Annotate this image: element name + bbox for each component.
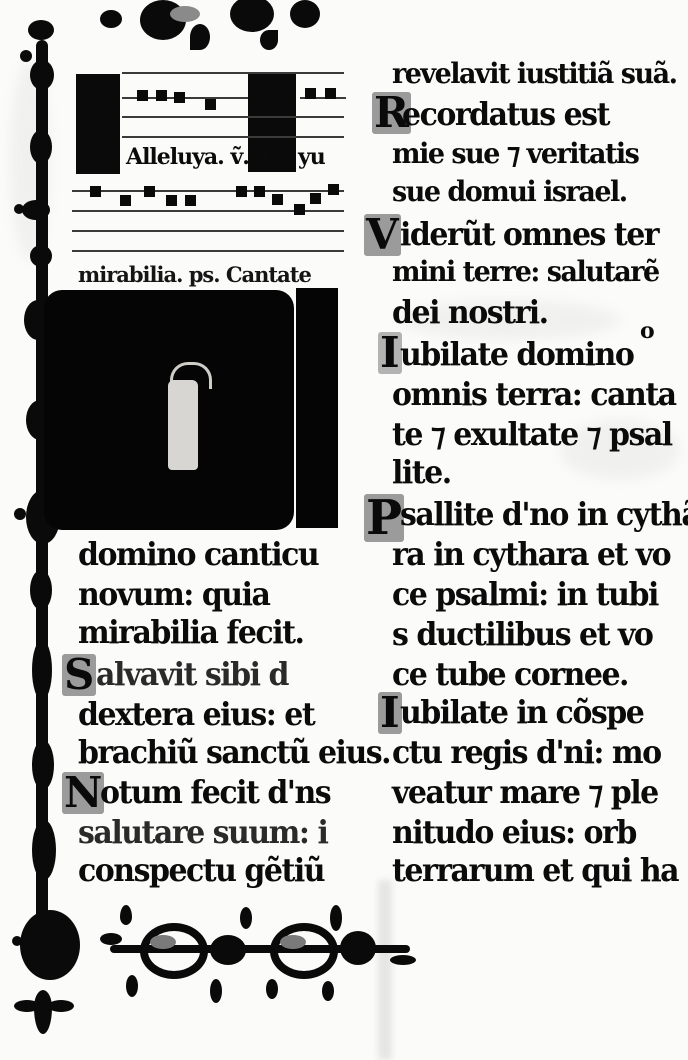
initial-N: N (62, 772, 104, 814)
miniature-side-bar (296, 288, 338, 528)
text-line: mirabilia fecit. (78, 618, 303, 650)
text-line: alvavit sibi d (96, 660, 288, 692)
text-line: ra in cythara et vo (392, 540, 670, 572)
text-line: mie sue ⁊ veritatis (392, 140, 638, 168)
text-line: ubilate in cõspe (400, 698, 643, 730)
text-line: otum fecit d'ns (100, 778, 330, 810)
text-line: revelavit iustitiã suã. (392, 60, 677, 88)
initial-V: V (364, 214, 401, 256)
text-line: conspectu gẽtiũ (78, 856, 324, 888)
top-foliage-ornament (60, 0, 330, 55)
text-line: dextera eius: et (78, 700, 314, 732)
initial-I: I (378, 332, 402, 374)
text-line: ctu regis d'ni: mo (392, 738, 661, 770)
text-line: salutare suum: i (78, 818, 327, 850)
initial-P: P (364, 494, 404, 542)
text-line: omnis terra: canta (392, 380, 676, 412)
text-line: lite. (392, 458, 451, 490)
text-line: ce tube cornee. (392, 660, 628, 692)
text-line: sue domui israel. (392, 178, 627, 206)
text-line: veatur mare ⁊ ple (392, 778, 658, 810)
initial-A-block (76, 74, 120, 174)
lyric-line-2: mirabilia. ps. Cantate (78, 264, 311, 285)
lyric-line-1: Alleluya. ṽ. A (126, 146, 272, 168)
lyric-line-1-tail: yu (298, 146, 325, 168)
robed-figure (168, 380, 198, 470)
text-line: novum: quia (78, 580, 269, 612)
superscript-mark: o (640, 318, 655, 344)
text-line: mini terre: salutarẽ (392, 258, 659, 286)
text-line: domino canticu (78, 540, 318, 572)
text-line: ubilate domino (400, 340, 633, 372)
text-line: iderũt omnes ter (400, 220, 658, 252)
text-line: te ⁊ exultate ⁊ psal (392, 420, 672, 452)
text-line: sallite d'no in cythã (400, 500, 688, 532)
text-line: terrarum et qui ha (392, 856, 678, 888)
text-line: s ductilibus et vo (392, 620, 652, 652)
initial-S: S (62, 654, 96, 696)
initial-I: I (378, 692, 402, 734)
bottom-foliage-ornament (90, 905, 420, 1005)
text-line: ecordatus est (402, 100, 609, 132)
text-line: nitudo eius: orb (392, 818, 636, 850)
text-line: brachiũ sanctũ eius. (78, 738, 390, 770)
text-line: dei nostri. (392, 298, 548, 330)
text-line: ce psalmi: in tubi (392, 580, 658, 612)
